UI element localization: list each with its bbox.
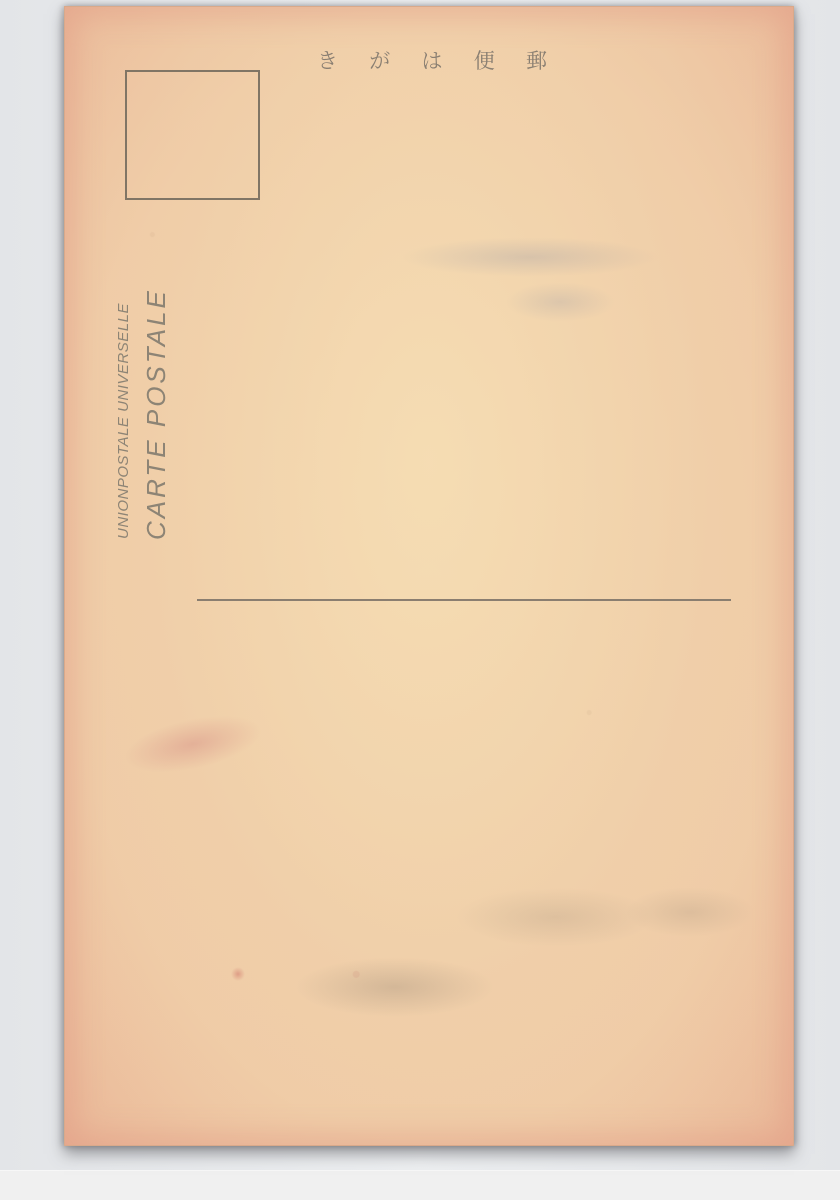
- dirt-mark: [455, 887, 655, 947]
- postcard: き が は 便 郵 UNIONPOSTALE UNIVERSELLE CARTE…: [64, 6, 794, 1146]
- footer-strip: [0, 1170, 840, 1200]
- address-divider-line: [197, 599, 731, 601]
- stamp-box: [125, 70, 260, 200]
- postcard-title: き が は 便 郵: [317, 45, 547, 75]
- red-stain: [119, 705, 266, 783]
- faded-ink-mark: [400, 237, 660, 277]
- dirt-mark: [295, 957, 495, 1017]
- faded-ink-mark: [505, 282, 615, 322]
- union-postale-text: UNIONPOSTALE UNIVERSELLE: [115, 303, 132, 539]
- title-char: が: [369, 45, 390, 75]
- title-char: 郵: [526, 45, 547, 75]
- title-char: 便: [474, 45, 495, 75]
- dirt-mark: [625, 887, 755, 937]
- title-char: き: [317, 45, 338, 75]
- carte-postale-text: CARTE POSTALE: [141, 288, 172, 540]
- red-speck: [231, 967, 245, 981]
- title-char: は: [422, 45, 443, 75]
